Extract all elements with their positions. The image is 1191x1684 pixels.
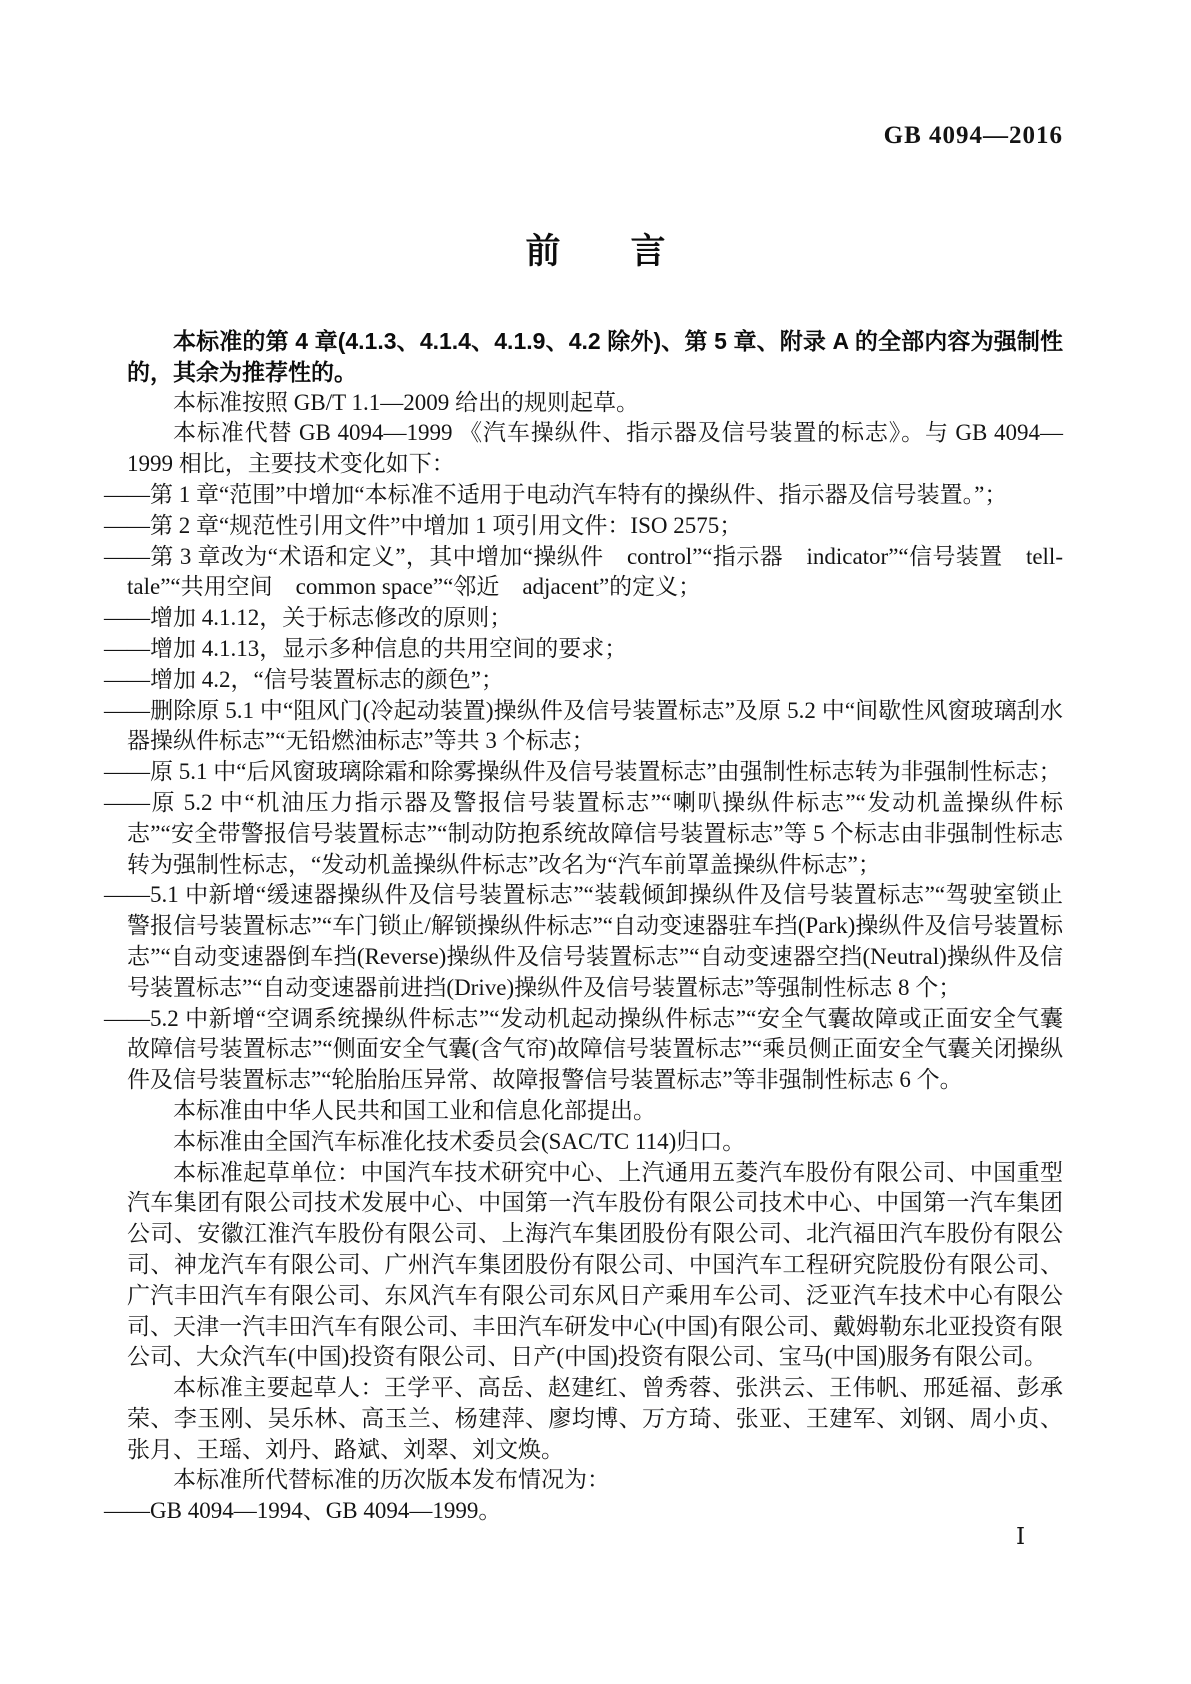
page-title: 前 言 bbox=[0, 224, 1191, 274]
foreword-replacement-paragraph: 本标准代替 GB 4094—1999 《汽车操纵件、指示器及信号装置的标志》。与… bbox=[127, 418, 1063, 480]
document-page: GB 4094—2016 前 言 本标准的第 4 章(4.1.3、4.1.4、4… bbox=[0, 0, 1191, 1684]
foreword-history-intro-paragraph: 本标准所代替标准的历次版本发布情况为： bbox=[127, 1465, 1063, 1496]
change-item-11: ——5.2 中新增“空调系统操纵件标志”“发动机起动操纵件标志”“安全气囊故障或… bbox=[127, 1004, 1063, 1096]
change-item-5: ——增加 4.1.13，显示多种信息的共用空间的要求； bbox=[127, 634, 1063, 665]
foreword-mandatory-scope-paragraph: 本标准的第 4 章(4.1.3、4.1.4、4.1.9、4.2 除外)、第 5 … bbox=[127, 326, 1063, 388]
foreword-centralized-by-paragraph: 本标准由全国汽车标准化技术委员会(SAC/TC 114)归口。 bbox=[127, 1127, 1063, 1158]
foreword-drafting-basis-paragraph: 本标准按照 GB/T 1.1—2009 给出的规则起草。 bbox=[127, 388, 1063, 419]
page-number: Ⅰ bbox=[1016, 1524, 1025, 1550]
change-item-9: ——原 5.2 中“机油压力指示器及警报信号装置标志”“喇叭操纵件标志”“发动机… bbox=[127, 788, 1063, 880]
change-item-2: ——第 2 章“规范性引用文件”中增加 1 项引用文件：ISO 2575； bbox=[127, 511, 1063, 542]
change-item-6: ——增加 4.2，“信号装置标志的颜色”； bbox=[127, 665, 1063, 696]
change-item-7: ——删除原 5.1 中“阻风门(冷起动装置)操纵件及信号装置标志”及原 5.2 … bbox=[127, 696, 1063, 758]
foreword-drafting-organizations-paragraph: 本标准起草单位：中国汽车技术研究中心、上汽通用五菱汽车股份有限公司、中国重型汽车… bbox=[127, 1158, 1063, 1374]
foreword-drafters-paragraph: 本标准主要起草人：王学平、高岳、赵建红、曾秀蓉、张洪云、王伟帆、邢延福、彭承荣、… bbox=[127, 1373, 1063, 1465]
foreword-history-item: ——GB 4094—1994、GB 4094—1999。 bbox=[127, 1496, 1063, 1527]
standard-number: GB 4094—2016 bbox=[884, 122, 1063, 149]
change-item-8: ——原 5.1 中“后风窗玻璃除霜和除雾操纵件及信号装置标志”由强制性标志转为非… bbox=[127, 757, 1063, 788]
foreword-body: 本标准的第 4 章(4.1.3、4.1.4、4.1.9、4.2 除外)、第 5 … bbox=[127, 326, 1063, 1527]
change-item-10: ——5.1 中新增“缓速器操纵件及信号装置标志”“装载倾卸操纵件及信号装置标志”… bbox=[127, 880, 1063, 1003]
change-item-1: ——第 1 章“范围”中增加“本标准不适用于电动汽车特有的操纵件、指示器及信号装… bbox=[127, 480, 1063, 511]
change-item-3: ——第 3 章改为“术语和定义”，其中增加“操纵件 control”“指示器 i… bbox=[127, 542, 1063, 604]
change-item-4: ——增加 4.1.12，关于标志修改的原则； bbox=[127, 603, 1063, 634]
foreword-proposed-by-paragraph: 本标准由中华人民共和国工业和信息化部提出。 bbox=[127, 1096, 1063, 1127]
page-header: GB 4094—2016 bbox=[127, 122, 1063, 150]
